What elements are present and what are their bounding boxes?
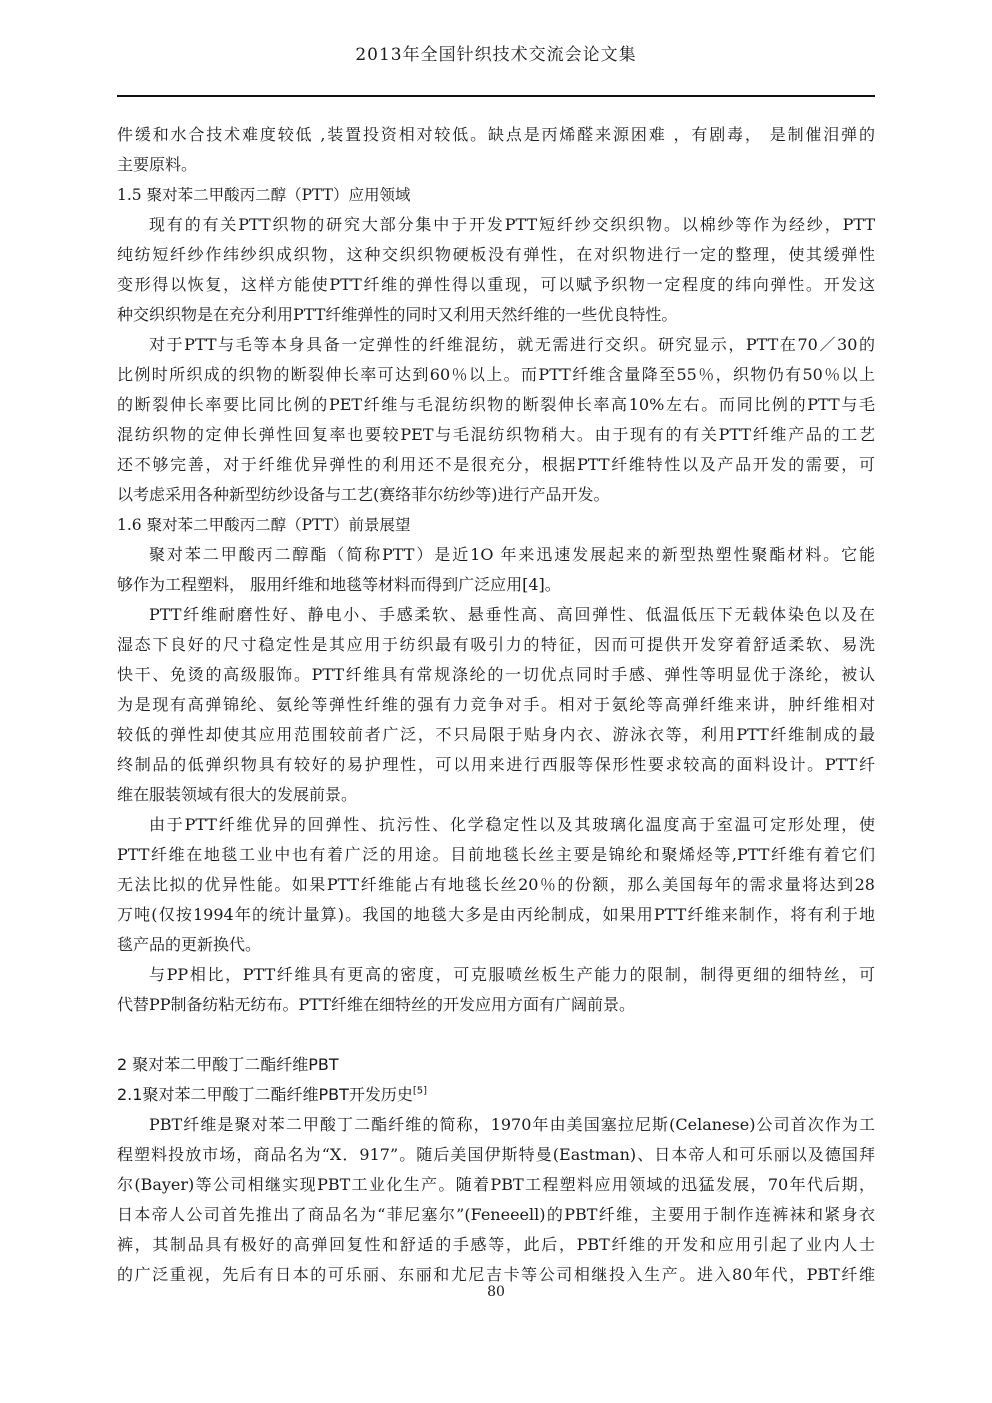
text-line: 变形得以恢复，这样方能使PTT纤维的弹性得以重现，可以赋予织物一定程度的纬向弹性…	[117, 270, 875, 300]
text-line: 维在服装领域有很大的发展前景。	[117, 780, 875, 810]
text-line: 万吨(仅按1994年的统计量算)。我国的地毯大多是由丙纶制成，如果用PTT纤维来…	[117, 900, 875, 930]
text-line: 对于PTT与毛等本身具备一定弹性的纤维混纺，就无需进行交织。研究显示，PTT在7…	[117, 330, 875, 360]
text-line: 终制品的低弹织物具有较好的易护理性，可以用来进行西服等保形性要求较高的面料设计。…	[117, 750, 875, 780]
text-line: 还不够完善，对于纤维优异弹性的利用还不是很充分，根据PTT纤维特性以及产品开发的…	[117, 450, 875, 480]
section-heading-2-1: 2.1聚对苯二甲酸丁二酯纤维PBT开发历史[5]	[117, 1080, 875, 1110]
text-line: PTT纤维在地毯工业中也有着广泛的用途。目前地毯长丝主要是锦纶和聚烯烃等,PTT…	[117, 840, 875, 870]
text-line: 件缓和水合技术难度较低 ,装置投资相对较低。缺点是丙烯醛来源困难 ，有剧毒， 是…	[117, 120, 875, 150]
text-line: 够作为工程塑料， 服用纤维和地毯等材料而得到广泛应用[4]。	[117, 570, 875, 600]
text-line: PTT纤维耐磨性好、静电小、手感柔软、悬垂性高、高回弹性、低温低压下无载体染色以…	[117, 600, 875, 630]
text-line: 无法比拟的优异性能。如果PTT纤维能占有地毯长丝20％的份额，那么美国每年的需求…	[117, 870, 875, 900]
text-line: 为是现有高弹锦纶、氨纶等弹性纤维的强有力竞争对手。相对于氨纶等高弹纤维来讲，肿纤…	[117, 690, 875, 720]
text-line: 与PP相比，PTT纤维具有更高的密度，可克服喷丝板生产能力的限制，制得更细的细特…	[117, 960, 875, 990]
section-heading-2-1-text: 2.1聚对苯二甲酸丁二酯纤维PBT开发历史	[117, 1085, 413, 1104]
text-line: 较低的弹性却使其应用范围较前者广泛，不只局限于贴身内衣、游泳衣等，利用PTT纤维…	[117, 720, 875, 750]
spacer	[117, 1020, 875, 1050]
text-line: 种交织织物是在充分利用PTT纤维弹性的同时又利用天然纤维的一些优良特性。	[117, 300, 875, 330]
text-line: 以考虑采用各种新型纺纱设备与工艺(赛络菲尔纺纱等)进行产品开发。	[117, 480, 875, 510]
section-heading-1-6: 1.6 聚对苯二甲酸丙二醇（PTT）前景展望	[117, 510, 875, 540]
text-line: 日本帝人公司首先推出了商品名为“菲尼塞尔”(Feneeell)的PBT纤维，主要…	[117, 1200, 875, 1230]
text-line: 由于PTT纤维优异的回弹性、抗污性、化学稳定性以及其玻璃化温度高于室温可定形处理…	[117, 810, 875, 840]
text-line: 主要原料。	[117, 150, 875, 180]
text-line: 代替PP制备纺粘无纺布。PTT纤维在细特丝的开发应用方面有广阔前景。	[117, 990, 875, 1020]
page-body: 件缓和水合技术难度较低 ,装置投资相对较低。缺点是丙烯醛来源困难 ，有剧毒， 是…	[117, 120, 875, 1290]
text-line: 比例时所织成的织物的断裂伸长率可达到60％以上。而PTT纤维含量降至55％，织物…	[117, 360, 875, 390]
text-line: 现有的有关PTT织物的研究大部分集中于开发PTT短纤纱交织织物。以棉纱等作为经纱…	[117, 210, 875, 240]
text-line: 快干、免烫的高级服饰。PTT纤维具有常规涤纶的一切优点同时手感、弹性等明显优于涤…	[117, 660, 875, 690]
text-line: PBT纤维是聚对苯二甲酸丁二酯纤维的简称，1970年由美国塞拉尼斯(Celane…	[117, 1110, 875, 1140]
text-line: 裤，其制品具有极好的高弹回复性和舒适的手感等，此后，PBT纤维的开发和应用引起了…	[117, 1230, 875, 1260]
header-rule	[117, 95, 875, 97]
section-heading-1-5: 1.5 聚对苯二甲酸丙二醇（PTT）应用领域	[117, 180, 875, 210]
text-line: 湿态下良好的尺寸稳定性是其应用于纺织最有吸引力的特征，因而可提供开发穿着舒适柔软…	[117, 630, 875, 660]
text-line: 的断裂伸长率要比同比例的PET纤维与毛混纺织物的断裂伸长率高10%左右。而同比例…	[117, 390, 875, 420]
text-line: 纯纺短纤纱作纬纱织成织物，这种交织织物硬板没有弹性，在对织物进行一定的整理，使其…	[117, 240, 875, 270]
text-line: 程塑料投放市场，商品名为“X．917”。随后美国伊斯特曼(Eastman)、日本…	[117, 1140, 875, 1170]
text-line: 混纺织物的定伸长弹性回复率也要较PET与毛混纺织物稍大。由于现有的有关PTT纤维…	[117, 420, 875, 450]
running-header: 2013年全国针织技术交流会论文集	[0, 40, 992, 65]
citation-ref: [5]	[413, 1086, 427, 1097]
text-line: 聚对苯二甲酸丙二醇酯（简称PTT）是近1O 年来迅速发展起来的新型热塑性聚酯材料…	[117, 540, 875, 570]
text-line: 毯产品的更新换代。	[117, 930, 875, 960]
page-number: 80	[0, 1284, 992, 1300]
text-line: 尔(Bayer)等公司相继实现PBT工业化生产。随着PBT工程塑料应用领域的迅猛…	[117, 1170, 875, 1200]
section-heading-2: 2 聚对苯二甲酸丁二酯纤维PBT	[117, 1050, 875, 1080]
